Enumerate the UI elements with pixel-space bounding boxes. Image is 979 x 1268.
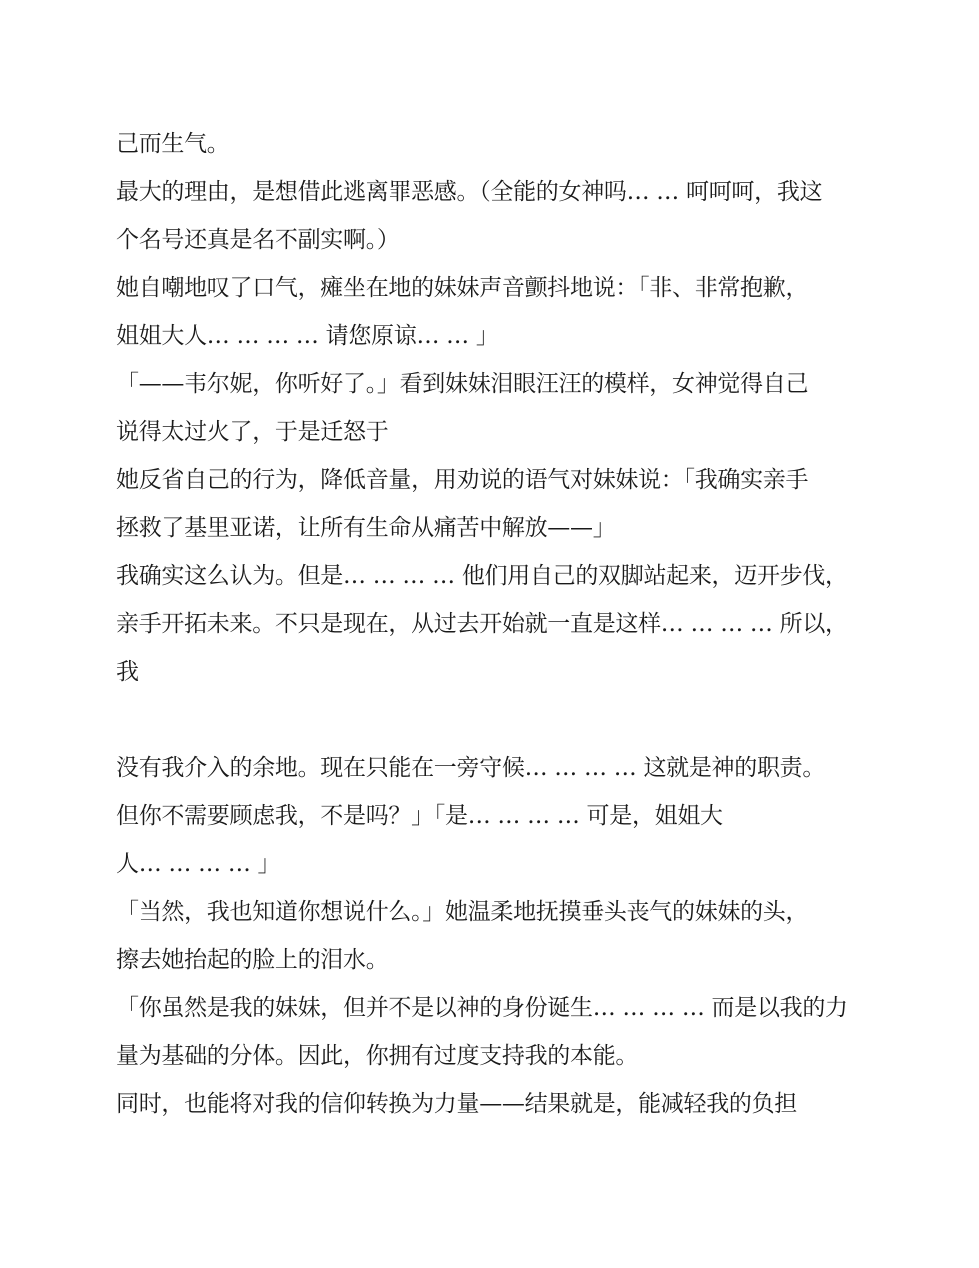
text-line: 她自嘲地叹了口气，瘫坐在地的妹妹声音颤抖地说：「非、非常抱歉，: [116, 264, 876, 312]
text-line: 拯救了基里亚诺，让所有生命从痛苦中解放——」: [116, 504, 876, 552]
text-line: 我确实这么认为。但是… … … … 他们用自己的双脚站起来，迈开步伐，: [116, 552, 876, 600]
text-line: 我: [116, 648, 876, 696]
text-line: 她反省自己的行为，降低音量，用劝说的语气对妹妹说：「我确实亲手: [116, 456, 876, 504]
text-line: 亲手开拓未来。不只是现在，从过去开始就一直是这样… … … … 所以，: [116, 600, 876, 648]
text-line: 同时，也能将对我的信仰转换为力量——结果就是，能减轻我的负担: [116, 1080, 876, 1128]
text-line: 个名号还真是名不副实啊。）: [116, 216, 876, 264]
text-line: 己而生气。: [116, 120, 876, 168]
paragraph-gap: [116, 696, 876, 744]
text-line: 人… … … … 」: [116, 840, 876, 888]
text-line: 最大的理由，是想借此逃离罪恶感。（全能的女神吗… … 呵呵呵，我这: [116, 168, 876, 216]
text-line: 没有我介入的余地。现在只能在一旁守候… … … … 这就是神的职责。: [116, 744, 876, 792]
text-line: 「当然，我也知道你想说什么。」她温柔地抚摸垂头丧气的妹妹的头，: [116, 888, 876, 936]
text-line: 姐姐大人… … … … 请您原谅… … 」: [116, 312, 876, 360]
text-line: 「——韦尔妮，你听好了。」看到妹妹泪眼汪汪的模样，女神觉得自己: [116, 360, 876, 408]
text-line: 「你虽然是我的妹妹，但并不是以神的身份诞生… … … … 而是以我的力: [116, 984, 876, 1032]
text-line: 但你不需要顾虑我，不是吗？」「是… … … … 可是，姐姐大: [116, 792, 876, 840]
text-line: 量为基础的分体。因此，你拥有过度支持我的本能。: [116, 1032, 876, 1080]
text-line: 说得太过火了，于是迁怒于: [116, 408, 876, 456]
text-line: 擦去她抬起的脸上的泪水。: [116, 936, 876, 984]
document-page: 己而生气。 最大的理由，是想借此逃离罪恶感。（全能的女神吗… … 呵呵呵，我这 …: [116, 120, 876, 1128]
